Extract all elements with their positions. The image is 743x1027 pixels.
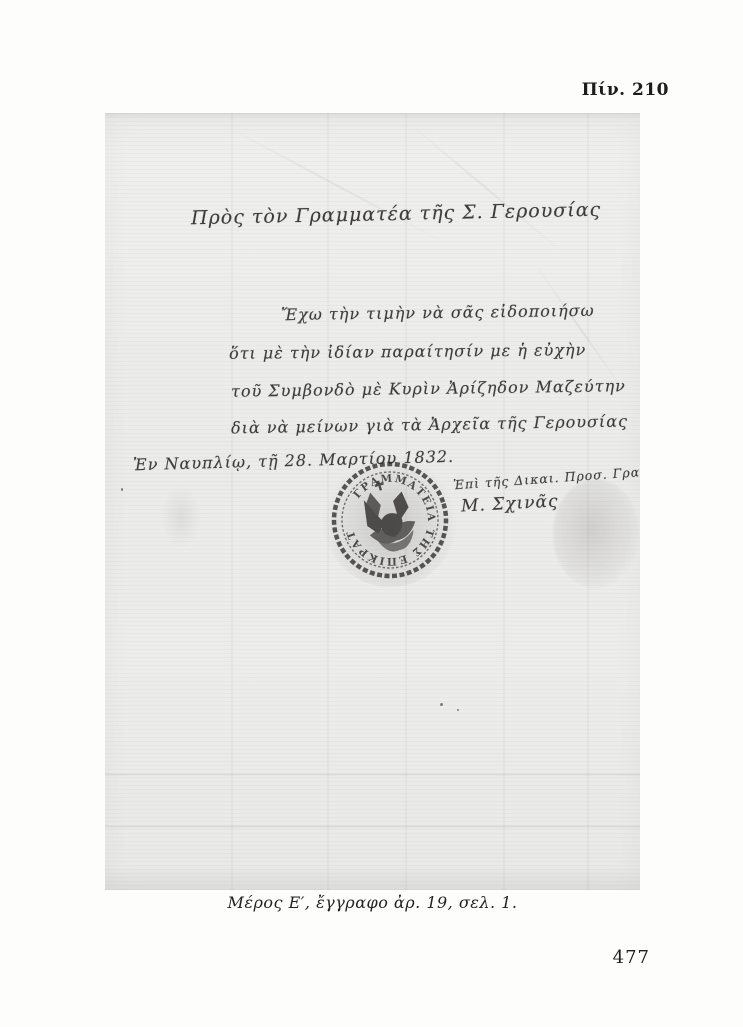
letter-body-line: τοῦ Συμβονδὸ μὲ Κυρὶν Ἀρίζηδον Μαζεύτην: [231, 376, 626, 401]
letter-body-line: Ἔχω τὴν τιμὴν νὰ σᾶς εἰδοποιήσω: [281, 301, 595, 324]
horizontal-fold-line: [105, 825, 640, 828]
page-number: 477: [613, 947, 650, 968]
document-photograph: Πρὸς τὸν Γραμματέα τῆς Σ. Γερουσίας Ἔχω …: [105, 113, 640, 890]
letter-body-line: ὅτι μὲ τὴν ἰδίαν παραίτησίν με ἡ εὐχὴν: [229, 340, 586, 363]
book-page: Πίν. 210 Πρὸς τὸν Γραμματέα τῆς Σ. Γερου…: [0, 0, 743, 1027]
letter-body-line: διὰ νὰ μείνων γιὰ τὰ Ἀρχεῖα τῆς Γερουσία…: [231, 412, 628, 438]
plate-caption: Μέρος Ε′, ἔγγραφο ἀρ. 19, σελ. 1.: [105, 893, 640, 912]
paper-speck: [440, 703, 443, 706]
paper-speck: [121, 488, 123, 491]
horizontal-fold-line: [105, 773, 640, 776]
letter-heading-handwriting: Πρὸς τὸν Γραμματέα τῆς Σ. Γερουσίας: [191, 199, 602, 230]
faint-stain: [161, 485, 201, 549]
ink-stain: [553, 479, 639, 589]
signature-name-handwriting: Μ. Σχινᾶς: [461, 491, 559, 516]
plate-number-label: Πίν. 210: [582, 80, 669, 100]
paper-speck: [457, 709, 459, 711]
